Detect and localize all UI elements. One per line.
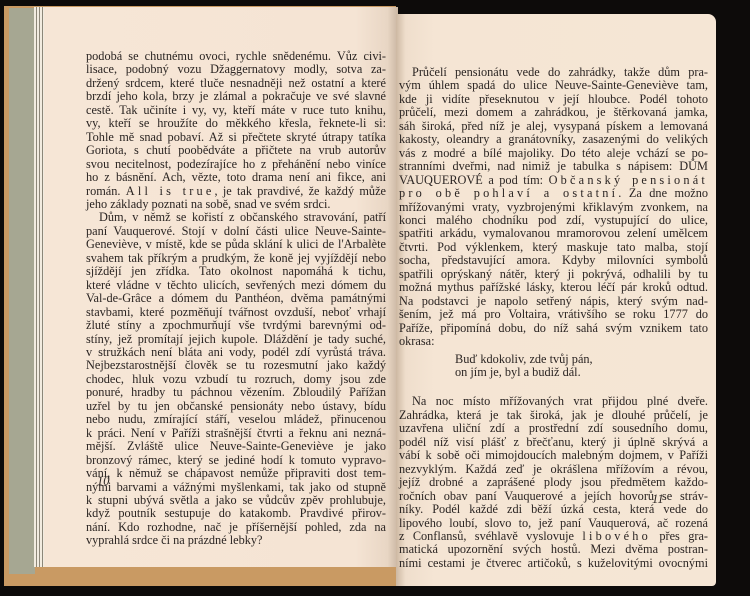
- page-number-right: 11: [652, 492, 664, 507]
- left-text-line: které vládne v těchto ulicích, sevřených…: [86, 279, 386, 292]
- emphasis-spaced: pro obě pohlaví a ostatní: [399, 186, 618, 200]
- left-text-line: vání, k němuž se chápavost nemůže připra…: [86, 467, 386, 480]
- right-text-line: kakosty, oleandry a granátovníky, zasaze…: [399, 133, 708, 146]
- right-text-line: mřížovanými vraty, vyzbrojenými křiklavý…: [399, 201, 708, 214]
- left-text-line: nebo nudu, zmírající stáří, veselou mlád…: [86, 413, 386, 426]
- right-text-line: nezvyklým. Každá zeď je okrášlena mřížov…: [399, 463, 708, 476]
- right-text-line: možná mythus pařížské lásky, kterou léčí…: [399, 281, 708, 294]
- right-text-line: kde ji vidíte přeseknutou v její hloubce…: [399, 93, 708, 106]
- right-text-line: sáh široká, před níž je alej, vysypaná p…: [399, 120, 708, 133]
- left-text-line: brzdí jeho kola, brzy je zlámal a pokrač…: [86, 90, 386, 103]
- left-text-line: jeho základy poznati na sobě, snad ve sv…: [86, 198, 386, 211]
- right-text-line: konci malého chodníku pod zdí, vystupují…: [399, 214, 708, 227]
- emphasis-spaced: libového: [582, 529, 651, 543]
- left-text-line: uzřel by tu jen občanské pensionáty nebo…: [86, 400, 386, 413]
- right-text-line: spatřiti arkádu, vymalovanou mramorovou …: [399, 227, 708, 240]
- right-text-line: vým úhlem spadá do ulice Neuve-Sainte-Ge…: [399, 79, 708, 92]
- right-text-line: Paříže, připomíná dobu, do níž sahá svým…: [399, 322, 708, 335]
- left-text-line: Goriota, s chutí poobědváte a přičtete n…: [86, 144, 386, 157]
- right-text-line: ními cestami je čtverec artičoků, s kuže…: [399, 557, 708, 570]
- left-text-line: Tohle mě snad pobaví. Až si přečtete skr…: [86, 131, 386, 144]
- left-text-line: chodec, hluk vozu vzbudí tu rozruch, dom…: [86, 373, 386, 386]
- left-text-line: ponuré, hradby tu páchnou vězením. Zblou…: [86, 386, 386, 399]
- left-text-line: v stružkách není bláta ani vody, podél z…: [86, 346, 386, 359]
- left-text-line: Nejbezstarostnější člověk se tu rozesmut…: [86, 359, 386, 372]
- right-text-line: uzavřena uliční zdí a prostřední zdí sou…: [399, 422, 708, 435]
- left-text-line: držený srdcem, které tluče nesnadněji ne…: [86, 77, 386, 90]
- emphasis-spaced: Občanský pensionát: [549, 173, 708, 187]
- right-text-line: čtvrti. Pod výklenkem, který maskuje tat…: [399, 241, 708, 254]
- left-text-line: když poutník sestupuje do katakomb. Prav…: [86, 507, 386, 520]
- left-text-line: svou necitelnost, podezírajíce ho z přeh…: [86, 158, 386, 171]
- left-text-line: žluté stíny a zpochmurňují vše tvrdými b…: [86, 319, 386, 332]
- right-text-line: stranními dveřmi, nad nimiž je tabulka s…: [399, 160, 708, 173]
- right-text-line: šením, jež má pro Voltaira, vrátivšího s…: [399, 308, 708, 321]
- left-text-line: nání. Kdo rozhodne, nač je příšernější p…: [86, 521, 386, 534]
- left-text-line: ho z básnění. Ach, vězte, toto drama nen…: [86, 171, 386, 184]
- left-text-line: vy, kteří se hroužíte do měkkého křesla,…: [86, 117, 386, 130]
- left-text-line: mější. Zvláště ulice Neuve-Sainte-Genevi…: [86, 440, 386, 453]
- left-text-line: Val-de-Grâce a dómem du Panthéon, dvěma …: [86, 292, 386, 305]
- left-text-line: podobá se chutnému ovoci, rychle snědené…: [86, 50, 386, 63]
- right-text-line: Zahrádka, která je tak široká, jak je dl…: [399, 409, 708, 422]
- page-number-left: 10: [97, 474, 110, 489]
- left-text-line: stíny, jež promítají jejich kupole. Dláž…: [86, 333, 386, 346]
- left-text-line: bronzový rámec, který se jediné hodí k t…: [86, 454, 386, 467]
- right-text-line: lipového loubí, slovo to, jež paní Vauqu…: [399, 517, 708, 530]
- left-text-line: stavbami, které pozměňují tvářnost ovzdu…: [86, 306, 386, 319]
- left-text-line: k práci. Není v Paříži strašnější čtvrti…: [86, 427, 386, 440]
- right-text-line: socha, představující amora. Kdyby milovn…: [399, 254, 708, 267]
- right-text-line: z Conflansů, svéhlavě vyslovuje libového…: [399, 530, 708, 543]
- left-text-line: sjíždějí jen zřídka. Tato okolnost napom…: [86, 265, 386, 278]
- right-text-line: průčelí, mezi domem a zahrádkou, je štěr…: [399, 106, 708, 119]
- emphasis-spaced: All is true: [126, 184, 215, 198]
- left-text-line: nými barvami a vážnými myšlenkami, tak j…: [86, 481, 386, 494]
- left-text-line: Geneviève, v místě, kde se půda sklání k…: [86, 238, 386, 251]
- right-text-line: pro obě pohlaví a ostatní. Za dne možno: [399, 187, 708, 200]
- left-text-line: paní Vauquerové. Stojí v dolní části uli…: [86, 225, 386, 238]
- left-text-line: Dům, v němž se kořistí z občanského stra…: [86, 211, 386, 224]
- book-cover-inner: [9, 8, 35, 574]
- right-text-line: podél níž visí plášť z břečťanu, který j…: [399, 436, 708, 449]
- left-page-text: podobá se chutnému ovoci, rychle snědené…: [86, 50, 386, 548]
- right-text-line: vábí k sobě oči mimojdoucích malebným do…: [399, 449, 708, 462]
- verse-line: on jím je, byl a budiž dál.: [399, 366, 708, 379]
- right-text-line: matická upozornění svých hostů. Mezi dvě…: [399, 543, 708, 556]
- right-text-line: Na podstavci je napolo setřený nápis, kt…: [399, 295, 708, 308]
- left-text-line: k stupni ubývá světla a jako se vůdcův z…: [86, 494, 386, 507]
- right-text-line: spatřili oprýskaný nátěr, který ji pokrý…: [399, 268, 708, 281]
- left-text-line: vyprahlá srdce či na prázdné lebky?: [86, 534, 386, 547]
- right-text-line: VAUQUEROVÉ a pod tím: Občanský pensionát: [399, 174, 708, 187]
- right-text-line: Průčelí pensionátu vede do zahrádky, tak…: [399, 66, 708, 79]
- spacer: [399, 379, 708, 395]
- left-text-line: svahem tak příkrým a prudkým, že koně je…: [86, 252, 386, 265]
- left-text-line: román. All is true, je tak pravdivé, že …: [86, 185, 386, 198]
- left-text-line: cestě. Tak učiníte i vy, vy, kteří máte …: [86, 104, 386, 117]
- right-text-line: jejíž drobné a zaprášené plody jsou před…: [399, 476, 708, 489]
- right-text-line: Na noc místo mřížovaných vrat přijdou pl…: [399, 395, 708, 408]
- verse-line: Buď kdokoliv, zde tvůj pán,: [399, 353, 708, 366]
- right-text-line: okrasa:: [399, 335, 708, 348]
- left-text-line: lisace, podobný vozu Džaggernatovy modly…: [86, 63, 386, 76]
